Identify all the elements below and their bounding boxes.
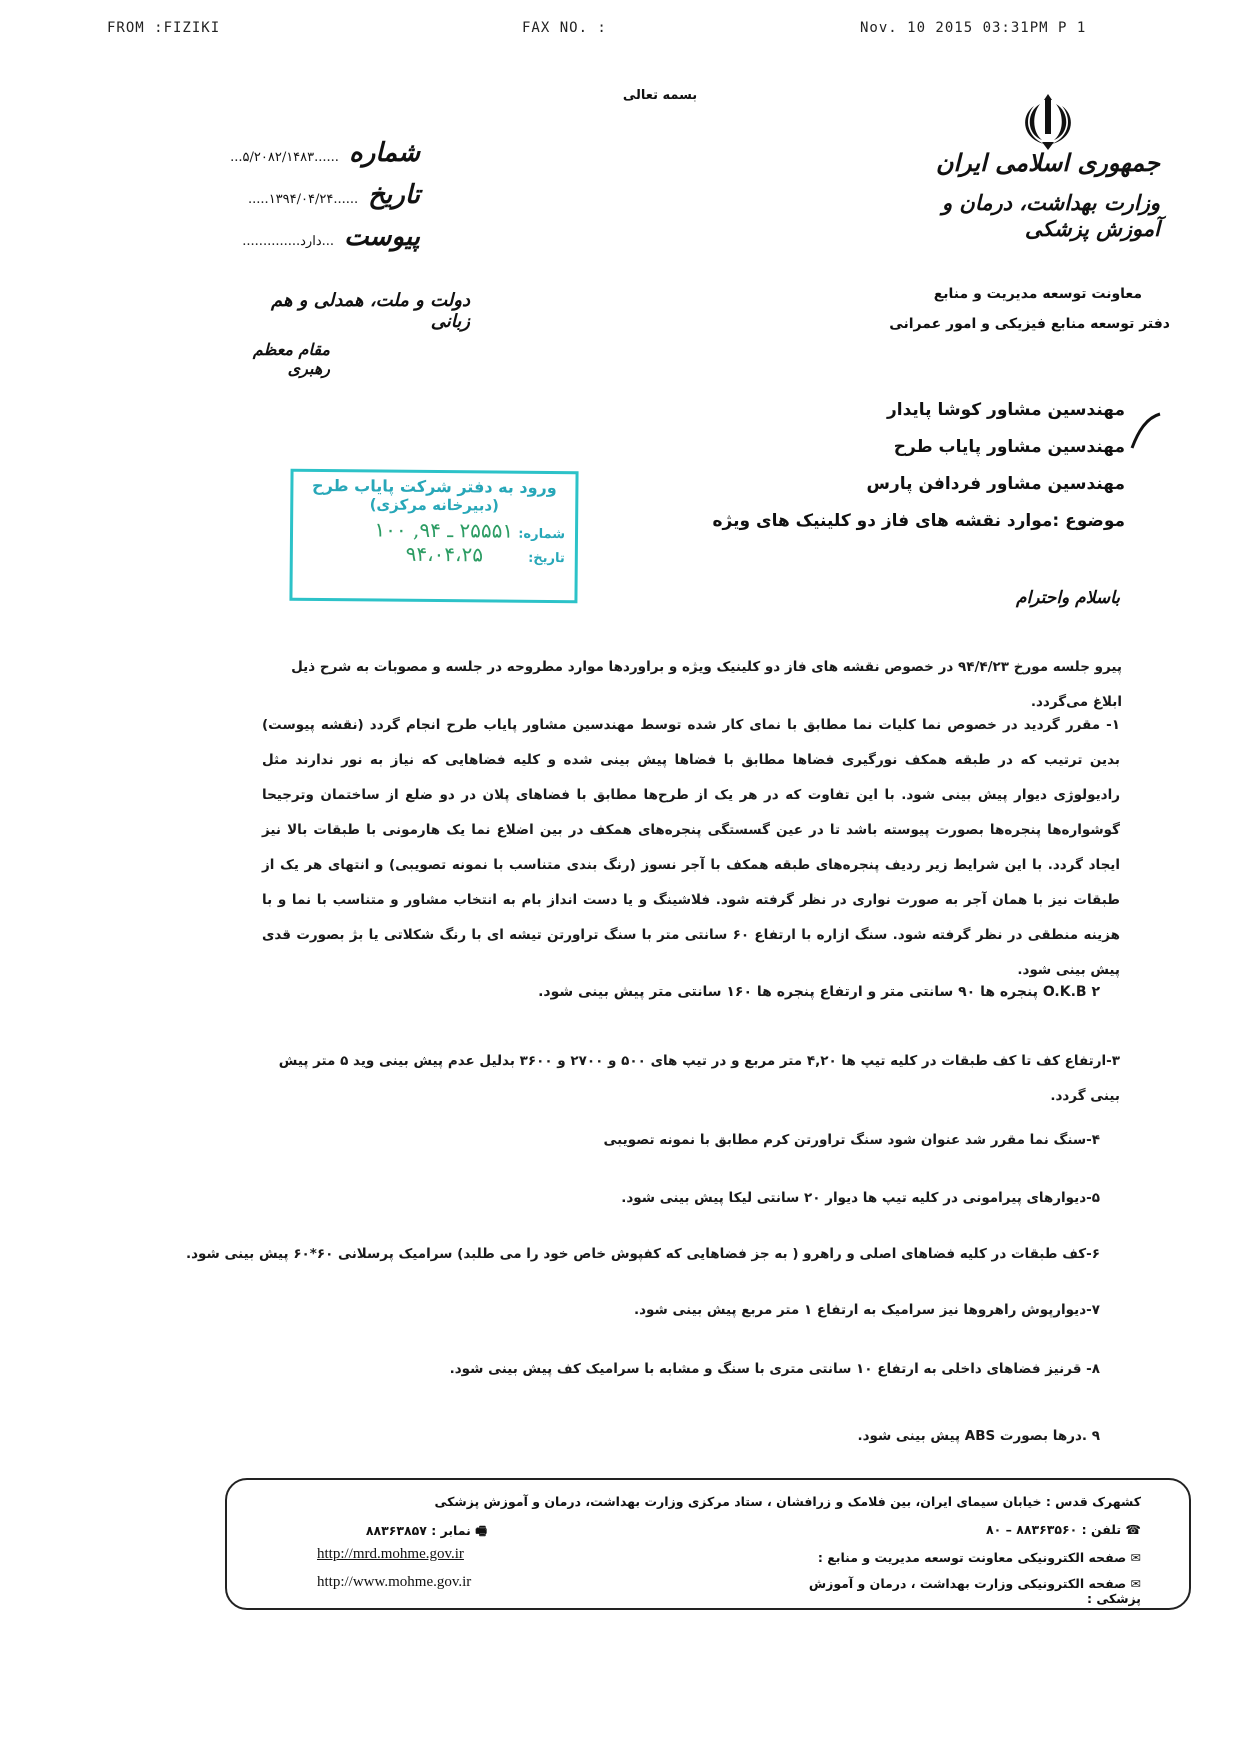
receipt-stamp: ورود به دفتر شرکت پایاب طرح (دبیرخانه مر… [289, 469, 578, 604]
fax-machine-icon: 🖷 [475, 1523, 487, 1538]
item-1-facade: ۱- مقرر گردید در خصوص نما کلیات نما مطاب… [262, 708, 1120, 988]
phone-value: ۸۸۳۶۳۵۶۰ – ۸۰ [986, 1522, 1077, 1537]
recipient-fardafan-pars: مهندسین مشاور فردافن پارس [720, 466, 1125, 503]
footer-address: کشهرک قدس : خیابان سیمای ایران، بین فلام… [421, 1494, 1141, 1509]
item-9-doors: ۹ .درها بصورت ABS پیش بینی شود. [400, 1428, 1100, 1444]
fax-datetime-page: Nov. 10 2015 03:31PM P 1 [860, 20, 1086, 36]
link-mrd-site[interactable]: http://mrd.mohme.gov.ir [317, 1546, 464, 1563]
item-4-facade-stone: ۴-سنگ نما مقرر شد عنوان شود سنگ تراورتن … [400, 1132, 1100, 1148]
letter-date-value: ۱۳۹۴/۰۴/۲۴ [269, 192, 334, 207]
subject-line: موضوع :موارد نقشه های فاز دو کلینیک های … [720, 503, 1125, 540]
stamp-number-value: ۲۵۵۵۱ ـ ۹۴, ۱۰۰ [374, 517, 513, 542]
letterhead-country: جمهوری اسلامی ایران [930, 148, 1160, 177]
letter-attachment-row: پیوست ...دارد.............. [220, 222, 420, 252]
letterhead-office: دفتر توسعه منابع فیزیکی و امور عمرانی [880, 316, 1170, 332]
stamp-date-label: تاریخ: [528, 551, 565, 566]
recipient-kousha-paydar: مهندسین مشاور کوشا پایدار [720, 392, 1125, 429]
letter-attachment-label: پیوست [344, 222, 420, 252]
footer-phone: ☎ تلفن : ۸۸۳۶۳۵۶۰ – ۸۰ [841, 1522, 1141, 1537]
item-3-floor-height: ۳-ارتفاع کف تا کف طبقات در کلیه تیپ ها ۴… [262, 1044, 1120, 1114]
greeting: باسلام واحترام [1000, 588, 1120, 608]
item-5-perimeter-walls: ۵-دیوارهای پیرامونی در کلیه تیپ ها دیوار… [400, 1190, 1100, 1206]
recipients-list: مهندسین مشاور کوشا پایدار مهندسین مشاور … [720, 392, 1125, 540]
letter-date-row: تاریخ ......۱۳۹۴/۰۴/۲۴..... [220, 180, 420, 210]
item-8-skirting: ۸- قرنیز فضاهای داخلی به ارتفاع ۱۰ سانتی… [400, 1361, 1100, 1377]
item-2-okb: ۲ O.K.B پنجره ها ۹۰ سانتی متر و ارتفاع پ… [400, 984, 1100, 1000]
check-mark-icon [1128, 410, 1162, 454]
footer-fax: 🖷 نمابر : ۸۸۳۶۳۸۵۷ [317, 1522, 487, 1543]
recipient-payab-tarh: مهندسین مشاور پایاب طرح [720, 429, 1125, 466]
envelope-icon: ✉ [1131, 1576, 1141, 1591]
invocation: بسمه تعالی [600, 88, 720, 103]
letter-attachment-value: دارد [300, 234, 321, 249]
stamp-title: ورود به دفتر شرکت پایاب طرح [303, 476, 565, 497]
stamp-number-label: شماره: [518, 527, 565, 542]
footer-contact-box: کشهرک قدس : خیابان سیمای ایران، بین فلام… [225, 1478, 1191, 1610]
fax-from: FROM :FIZIKI [107, 20, 220, 36]
letterhead-department: معاونت توسعه مدیریت و منابع [880, 286, 1142, 302]
item-6-floor-ceramic: ۶-کف طبقات در کلیه فضاهای اصلی و راهرو (… [262, 1246, 1100, 1262]
footer-web1: ✉ صفحه الکترونیکی معاونت توسعه مدیریت و … [781, 1550, 1141, 1565]
footer-web2: ✉ صفحه الکترونیکی وزارت بهداشت ، درمان و… [761, 1576, 1141, 1606]
envelope-icon: ✉ [1131, 1550, 1141, 1565]
letter-number-row: شماره ......۵/۲۰۸۲/۱۴۸۳... [220, 138, 420, 168]
stamp-date-value: ۹۴،۰۴،۲۵ [406, 542, 484, 567]
iran-emblem-icon [1020, 90, 1076, 156]
stamp-subtitle: (دبیرخانه مرکزی) [303, 495, 565, 515]
letter-number-label: شماره [349, 138, 420, 168]
phone-icon: ☎ [1125, 1522, 1141, 1537]
fax-value: ۸۸۳۶۳۸۵۷ [366, 1523, 427, 1538]
fax-number: FAX NO. : [522, 20, 607, 36]
item-7-corridor-wall: ۷-دیوارپوش راهروها نیز سرامیک به ارتفاع … [400, 1302, 1100, 1318]
letterhead-ministry: وزارت بهداشت، درمان و آموزش پزشکی [930, 190, 1160, 242]
slogan-text: دولت و ملت، همدلی و هم زبانی [260, 290, 470, 332]
letter-date-label: تاریخ [368, 180, 420, 210]
slogan-attribution: مقام معظم رهبری [230, 340, 330, 378]
link-mohme-site[interactable]: http://www.mohme.gov.ir [317, 1574, 471, 1591]
letter-number-value: ۵/۲۰۸۲/۱۴۸۳ [243, 150, 315, 165]
